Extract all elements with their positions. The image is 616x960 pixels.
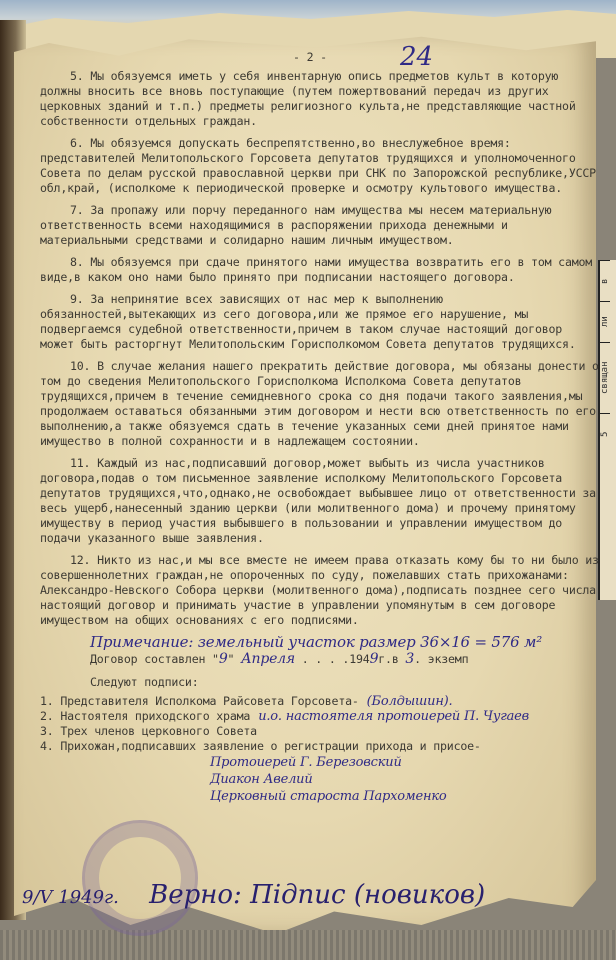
handwritten-signature: и.о. настоятеля протоиерей П. Чугаев: [258, 709, 529, 724]
tab-cell: ли: [600, 301, 610, 342]
handwritten-signature: (Болдышин).: [367, 694, 453, 709]
contract-month: Апреля: [241, 651, 295, 667]
contract-date-line: Договор составлен "9" Апреля . . . .1949…: [90, 652, 600, 667]
page-number: - 2 -: [20, 50, 600, 65]
paragraph-12: 12. Никто из нас,и мы все вместе не имее…: [40, 553, 600, 628]
signature-item: 2. Настоятеля приходского храмаи.о. наст…: [40, 709, 600, 724]
contract-day: 9: [219, 651, 228, 667]
signature-line: Диакон Авелий: [210, 771, 600, 788]
handwritten-signatures: Протоиерей Г. Березовский Диакон Авелий …: [210, 754, 600, 805]
handwritten-note: Примечание: земельный участок размер 36×…: [90, 635, 600, 650]
tab-cell: 5: [600, 413, 610, 454]
paragraph-6: 6. Мы обязуемся допускать беспрепятствен…: [40, 136, 600, 196]
folder-side-tab: в ли свящан 5: [598, 260, 616, 600]
verification-text: Верно: Підпис (новиков): [149, 880, 485, 910]
paragraph-7: 7. За пропажу или порчу переданного нам …: [40, 203, 600, 248]
tab-cell: в: [600, 260, 610, 301]
paragraph-11: 11. Каждый из нас,подписавший договор,мо…: [40, 456, 600, 546]
signature-item: 3. Трех членов церковного Совета: [40, 724, 600, 739]
tab-cell: свящан: [600, 342, 610, 413]
bottom-surface: [0, 930, 616, 960]
verification-date: 9/V 1949г.: [22, 887, 119, 908]
signature-item: 1. Представителя Исполкома Райсовета Гор…: [40, 694, 600, 709]
contract-copies: 3: [405, 651, 414, 667]
paragraph-5: 5. Мы обязуемся иметь у себя инвентарную…: [40, 69, 600, 129]
paragraph-8: 8. Мы обязуемся при сдаче принятого нами…: [40, 255, 600, 285]
verification-line: 9/V 1949г. Верно: Підпис (новиков): [22, 880, 602, 910]
official-seal-stamp: [82, 820, 198, 936]
contract-year-digit: 9: [370, 651, 379, 667]
signature-item: 4. Прихожан,подписавших заявление о реги…: [40, 739, 600, 754]
typewritten-contract: - 2 - 5. Мы обязуемся иметь у себя инвен…: [40, 50, 600, 805]
signatures-heading: Следуют подписи:: [90, 675, 600, 690]
paragraph-10: 10. В случае желания нашего прекратить д…: [40, 359, 600, 449]
paragraph-9: 9. За непринятие всех зависящих от нас м…: [40, 292, 600, 352]
signature-line: Церковный староста Пархоменко: [210, 788, 600, 805]
signature-line: Протоиерей Г. Березовский: [210, 754, 600, 771]
